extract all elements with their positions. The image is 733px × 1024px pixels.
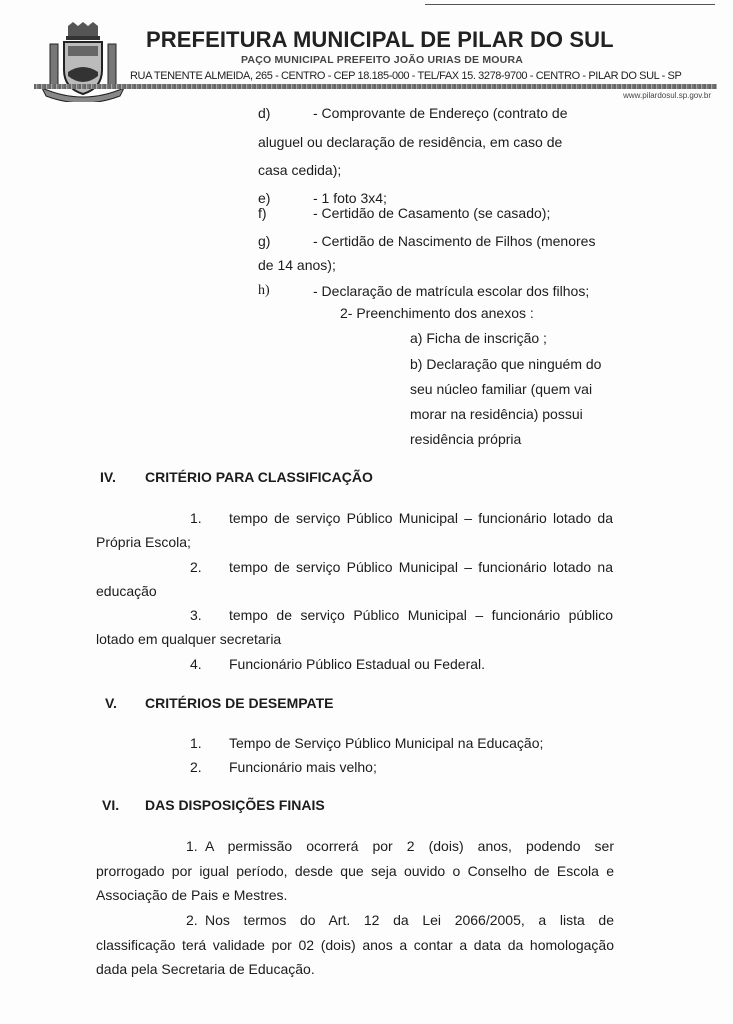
criterion-4-num: 4.	[190, 656, 202, 672]
final-1-num: 1.	[186, 838, 198, 854]
annex-b-cont: seu núcleo familiar (quem vai	[410, 381, 592, 397]
letterhead-website: www.pilardosul.sp.gov.br	[623, 91, 711, 100]
list-marker-g: g)	[258, 233, 270, 249]
list-item-g: - Certidão de Nascimento de Filhos (meno…	[313, 233, 595, 249]
criterion-1: tempo de serviço Público Municipal – fun…	[229, 510, 613, 526]
letterhead-subtitle: PAÇO MUNICIPAL PREFEITO JOÃO URIAS DE MO…	[241, 54, 523, 66]
tiebreak-1: Tempo de Serviço Público Municipal na Ed…	[229, 735, 543, 751]
criterion-1-num: 1.	[190, 510, 202, 526]
final-1: A permissão ocorrerá por 2 (dois) anos, …	[205, 838, 614, 854]
tiebreak-1-num: 1.	[190, 735, 202, 751]
list-marker-f: f)	[258, 205, 267, 221]
criterion-1-cont: Própria Escola;	[96, 534, 191, 550]
letterhead-divider	[34, 84, 717, 89]
list-item-g-cont: de 14 anos);	[258, 257, 336, 273]
final-2-cont: dada pela Secretaria de Educação.	[96, 961, 315, 977]
scan-top-rule	[425, 4, 715, 5]
section-iv-title: CRITÉRIO PARA CLASSIFICAÇÃO	[145, 469, 373, 485]
letterhead-title: PREFEITURA MUNICIPAL DE PILAR DO SUL	[146, 27, 614, 53]
list-item-d-cont: aluguel ou declaração de residência, em …	[258, 134, 562, 150]
criterion-2: tempo de serviço Público Municipal – fun…	[229, 559, 613, 575]
list-item-d-cont: casa cedida);	[258, 162, 341, 178]
annex-b-cont: morar na residência) possui	[410, 406, 583, 422]
annexes-heading: 2- Preenchimento dos anexos :	[340, 305, 534, 321]
municipal-coat-of-arms-icon	[38, 22, 128, 102]
tiebreak-2-num: 2.	[190, 759, 202, 775]
criterion-3-cont: lotado em qualquer secretaria	[96, 631, 281, 647]
criterion-4: Funcionário Público Estadual ou Federal.	[229, 656, 485, 672]
final-1-cont: prorrogado por igual período, desde que …	[96, 863, 614, 879]
section-v-numeral: V.	[105, 695, 117, 711]
criterion-2-cont: educação	[96, 583, 157, 599]
list-item-h: - Declaração de matrícula escolar dos fi…	[313, 283, 589, 299]
annex-a: a) Ficha de inscrição ;	[410, 330, 547, 346]
final-2-num: 2.	[186, 912, 198, 928]
list-marker-d: d)	[258, 105, 270, 121]
final-2: Nos termos do Art. 12 da Lei 2066/2005, …	[205, 912, 614, 928]
final-1-cont: Associação de Pais e Mestres.	[96, 887, 287, 903]
section-vi-title: DAS DISPOSIÇÕES FINAIS	[145, 797, 325, 813]
criterion-2-num: 2.	[190, 559, 202, 575]
list-marker-e: e)	[258, 190, 270, 206]
annex-b: b) Declaração que ninguém do	[410, 356, 601, 372]
section-iv-numeral: IV.	[100, 469, 116, 485]
criterion-3-num: 3.	[190, 607, 202, 623]
annex-b-cont: residência própria	[410, 431, 521, 447]
list-marker-h: h)	[258, 283, 270, 299]
list-item-d: - Comprovante de Endereço (contrato de	[313, 105, 567, 121]
final-2-cont: classificação terá validade por 02 (dois…	[96, 937, 614, 953]
list-item-e: - 1 foto 3x4;	[313, 190, 387, 206]
tiebreak-2: Funcionário mais velho;	[229, 759, 377, 775]
letterhead-address: RUA TENENTE ALMEIDA, 265 - CENTRO - CEP …	[130, 70, 681, 82]
section-vi-numeral: VI.	[102, 797, 119, 813]
list-item-f: - Certidão de Casamento (se casado);	[313, 205, 550, 221]
section-v-title: CRITÉRIOS DE DESEMPATE	[145, 695, 334, 711]
criterion-3: tempo de serviço Público Municipal – fun…	[229, 607, 613, 623]
